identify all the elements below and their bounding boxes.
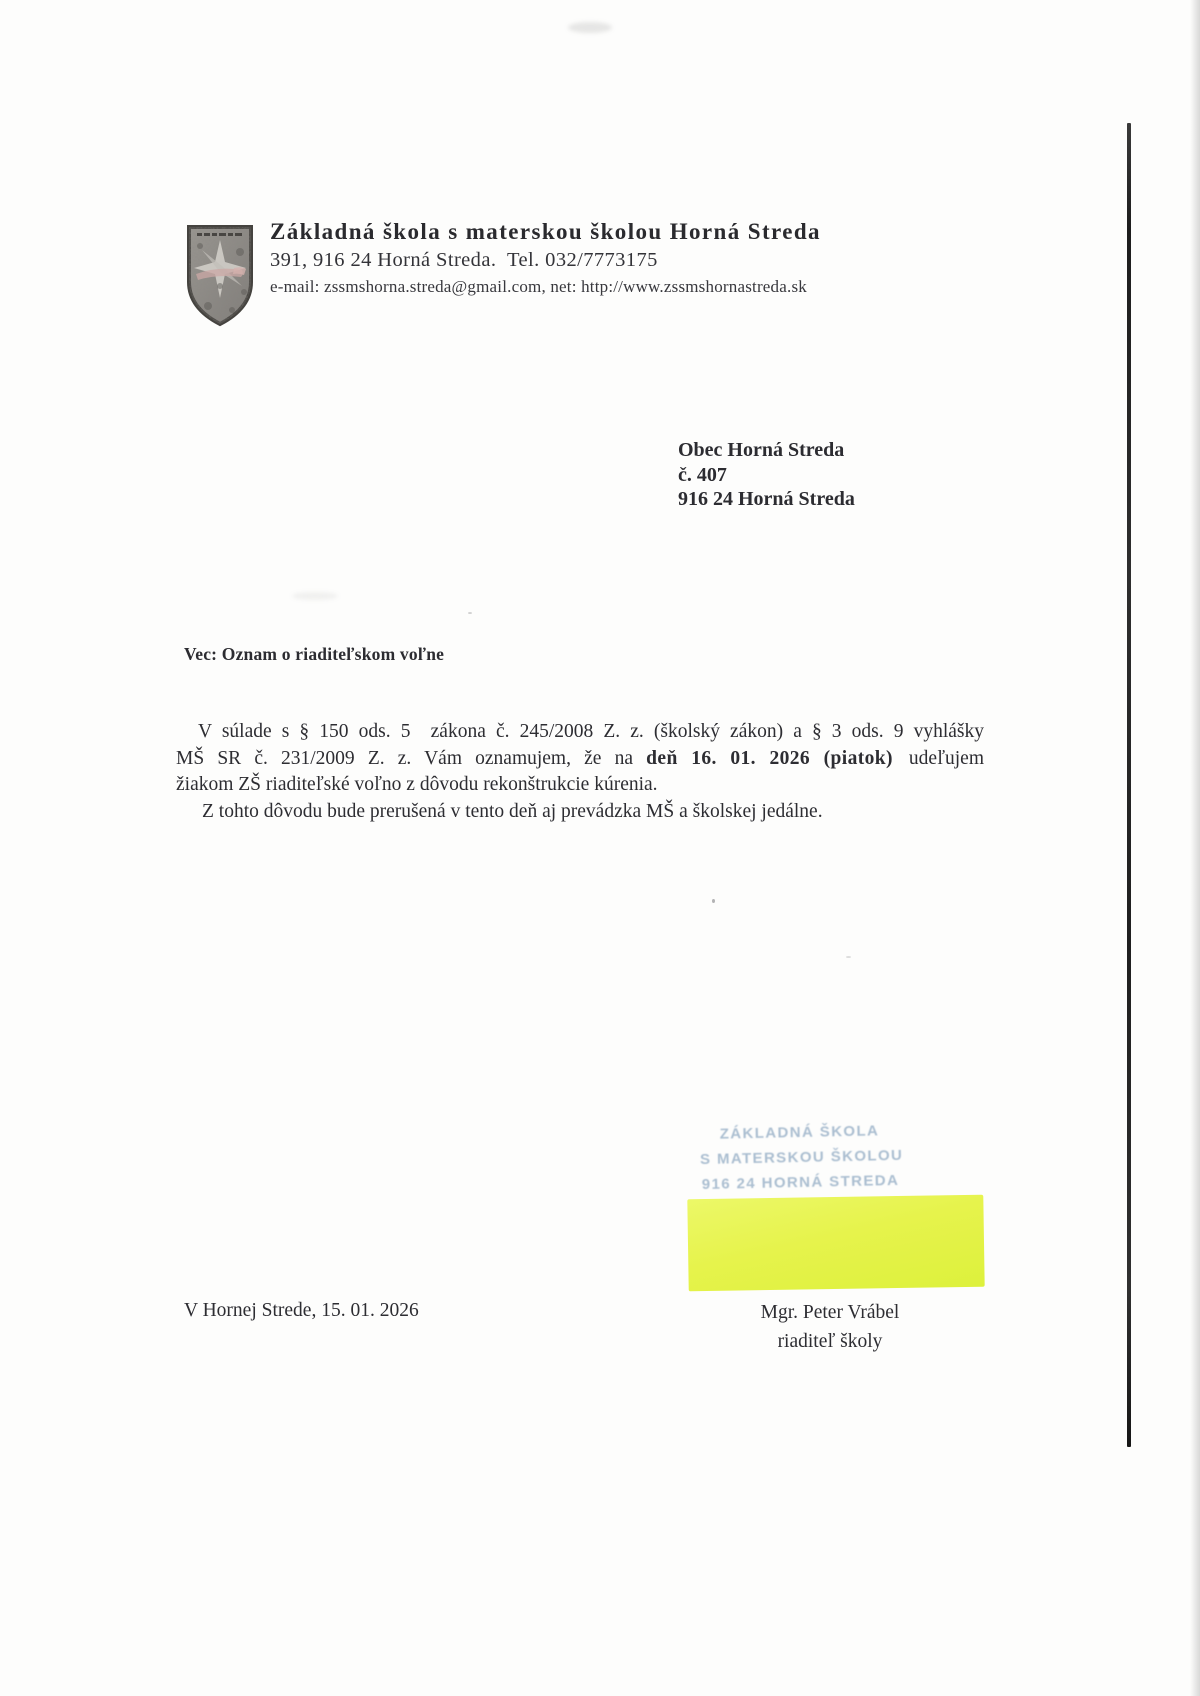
scan-smudge xyxy=(292,592,338,600)
body-line-2-bold-date: deň 16. 01. 2026 (piatok) xyxy=(646,748,893,769)
scan-speck xyxy=(468,612,472,614)
scan-speck xyxy=(712,899,715,903)
scan-smudge xyxy=(568,22,612,33)
body-line-1: V súlade s § 150 ods. 5 zákona č. 245/20… xyxy=(176,719,984,746)
recipient-street-number: č. 407 xyxy=(678,463,855,488)
recipient-city: 916 24 Horná Streda xyxy=(678,487,855,512)
subject-line: Vec: Oznam o riaditeľskom voľne xyxy=(184,644,444,665)
stamp-line-3: 916 24 HORNÁ STREDA xyxy=(700,1168,900,1197)
body-line-2-pre: MŠ SR č. 231/2009 Z. z. Vám oznamujem, ž… xyxy=(176,748,646,769)
recipient-name: Obec Horná Streda xyxy=(678,438,855,463)
scan-artifact-right-edge-shadow xyxy=(1190,0,1200,1696)
signer-name: Mgr. Peter Vrábel xyxy=(735,1298,925,1327)
scan-speck xyxy=(846,956,851,958)
body-line-3: žiakom ZŠ riaditeľské voľno z dôvodu rek… xyxy=(176,772,984,799)
school-contact-line: e-mail: zssmshorna.streda@gmail.com, net… xyxy=(270,276,930,297)
signer-title: riaditeľ školy xyxy=(735,1327,925,1356)
signature-block: Mgr. Peter Vrábel riaditeľ školy xyxy=(735,1298,925,1356)
recipient-address-block: Obec Horná Streda č. 407 916 24 Horná St… xyxy=(678,438,855,512)
scan-artifact-vertical-line xyxy=(1127,123,1131,1447)
body-line-2-post: udeľujem xyxy=(909,748,984,769)
school-crest-icon xyxy=(184,222,256,328)
body-line-4: Z tohto dôvodu bude prerušená v tento de… xyxy=(176,799,984,826)
letter-body: V súlade s § 150 ods. 5 zákona č. 245/20… xyxy=(176,719,984,825)
school-name: Základná škola s materskou školou Horná … xyxy=(270,218,930,245)
school-address-line: 391, 916 24 Horná Streda. Tel. 032/77731… xyxy=(270,248,930,273)
highlighter-redaction-over-signature xyxy=(687,1195,984,1292)
letterhead: Základná škola s materskou školou Horná … xyxy=(270,218,930,297)
school-ink-stamp: ZÁKLADNÁ ŠKOLA S MATERSKOU ŠKOLOU 916 24… xyxy=(699,1118,901,1197)
body-line-2: MŠ SR č. 231/2009 Z. z. Vám oznamujem, ž… xyxy=(176,746,984,773)
place-and-date: V Hornej Strede, 15. 01. 2026 xyxy=(184,1300,419,1322)
scanned-letter-page: Základná škola s materskou školou Horná … xyxy=(0,0,1200,1696)
